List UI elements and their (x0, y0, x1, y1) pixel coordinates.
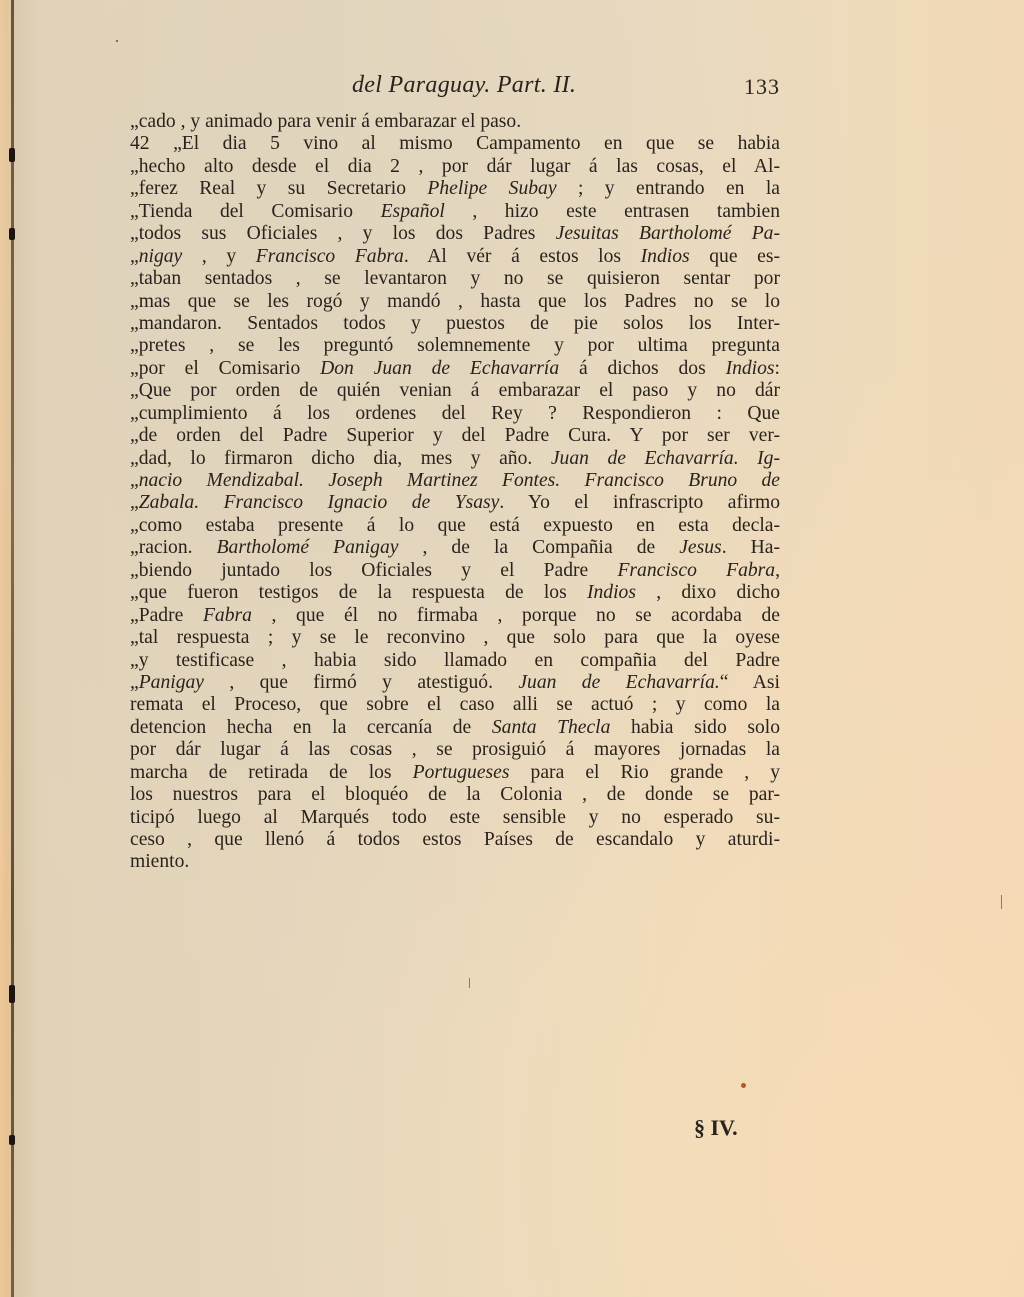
text-run: „Tienda del Comisario (130, 201, 381, 222)
text-run: „Padre (130, 605, 203, 626)
text-line: detencion hecha en la cercanía de Santa … (130, 717, 780, 739)
spine-mark (9, 148, 15, 162)
text-run: „taban sentados , se levantaron y no se … (130, 268, 780, 289)
text-line: „biendo juntado los Oficiales y el Padre… (130, 560, 780, 582)
text-run: „tal respuesta ; y se le reconvino , que… (130, 627, 780, 648)
text-line: „Panigay , que firmó y atestiguó. Juan d… (130, 672, 780, 694)
italic-text-run: Indios (726, 358, 775, 379)
text-line: „mas que se les rogó y mandó , hasta que… (130, 291, 780, 313)
text-line: „mandaron. Sentados todos y puestos de p… (130, 313, 780, 335)
paper-speck (469, 978, 470, 988)
text-line: „Padre Fabra , que él no firmaba , porqu… (130, 605, 780, 627)
text-line: por dár lugar á las cosas , se prosiguió… (130, 739, 780, 761)
text-line: ceso , que llenó á todos estos Países de… (130, 829, 780, 851)
italic-text-run: Panigay (139, 672, 204, 693)
text-run: ; y entrando en la (557, 178, 780, 199)
text-run: habia sido solo (610, 717, 780, 738)
text-run: „racion. (130, 537, 217, 558)
text-line: „dad, lo firmaron dicho dia, mes y año. … (130, 448, 780, 470)
text-run: 42 „El dia 5 vino al mismo Campamento en… (130, 133, 780, 154)
text-run: , dixo dicho (636, 582, 780, 603)
page-header: del Paraguay. Part. II. 133 (340, 72, 780, 104)
italic-text-run: nigay (139, 246, 183, 267)
text-line: marcha de retirada de los Portugueses pa… (130, 762, 780, 784)
text-run: , que firmó y atestiguó. (204, 672, 518, 693)
italic-text-run: Bartholomé Panigay (217, 537, 399, 558)
spine-mark (9, 1135, 15, 1145)
text-run: „mas que se les rogó y mandó , hasta que… (130, 291, 780, 312)
text-run: marcha de retirada de los (130, 762, 413, 783)
text-run: los nuestros para el bloquéo de la Colon… (130, 784, 780, 805)
text-run: „biendo juntado los Oficiales y el Padre (130, 560, 617, 581)
italic-text-run: Indios (641, 246, 690, 267)
text-run: . Al vér á estos los (404, 246, 641, 267)
text-line: „hecho alto desde el dia 2 , por dár lug… (130, 156, 780, 178)
text-run: „cumplimiento á los ordenes del Rey ? Re… (130, 403, 780, 424)
italic-text-run: Español (381, 201, 445, 222)
text-run: ceso , que llenó á todos estos Países de… (130, 829, 780, 850)
italic-text-run: Juan de Echavarría. Ig- (551, 448, 780, 469)
italic-text-run: Indios (587, 582, 636, 603)
text-line: miento. (130, 851, 780, 873)
text-run: „ (130, 470, 139, 491)
italic-text-run: Santa Thecla (492, 717, 611, 738)
text-run: „ (130, 492, 139, 513)
text-line: „Zabala. Francisco Ignacio de Ysasy. Yo … (130, 492, 780, 514)
text-run: detencion hecha en la cercanía de (130, 717, 492, 738)
text-line: „nacio Mendizabal. Joseph Martinez Fonte… (130, 470, 780, 492)
italic-text-run: Jesus (679, 537, 721, 558)
text-run: „y testificase , habia sido llamado en c… (130, 650, 780, 671)
text-line: „como estaba presente á lo que está expu… (130, 515, 780, 537)
paper-speck (741, 1083, 746, 1088)
italic-text-run: Fabra (203, 605, 252, 626)
text-line: „y testificase , habia sido llamado en c… (130, 650, 780, 672)
italic-text-run: Phelipe Subay (427, 178, 556, 199)
italic-text-run: Don Juan de Echavarría (320, 358, 559, 379)
paper-speck (116, 40, 118, 42)
text-run: . Ha- (722, 537, 780, 558)
text-run: „ (130, 246, 139, 267)
running-title: del Paraguay. Part. II. (352, 72, 576, 99)
text-run: „todos sus Oficiales , y los dos Padres (130, 223, 556, 244)
text-run: por dár lugar á las cosas , se prosiguió… (130, 739, 780, 760)
italic-text-run: Portugueses (413, 762, 510, 783)
text-run: ticipó luego al Marqués todo este sensib… (130, 807, 780, 828)
text-run: miento. (130, 851, 189, 872)
italic-text-run: Juan de Echavarría. (518, 672, 719, 693)
text-run: „pretes , se les preguntó solemnemente y… (130, 335, 780, 356)
text-line: „cumplimiento á los ordenes del Rey ? Re… (130, 403, 780, 425)
text-line: „Tienda del Comisario Español , hizo est… (130, 201, 780, 223)
body-text: „cado , y animado para venir á embarazar… (130, 111, 780, 874)
page-number: 133 (744, 74, 780, 100)
text-line: 42 „El dia 5 vino al mismo Campamento en… (130, 133, 780, 155)
text-run: „mandaron. Sentados todos y puestos de p… (130, 313, 780, 334)
text-line: „de orden del Padre Superior y del Padre… (130, 425, 780, 447)
text-run: remata el Proceso, que sobre el caso all… (130, 694, 780, 715)
text-run: , y (182, 246, 256, 267)
text-line: „tal respuesta ; y se le reconvino , que… (130, 627, 780, 649)
text-line: „por el Comisario Don Juan de Echavarría… (130, 358, 780, 380)
italic-text-run: Jesuitas Bartholomé Pa- (556, 223, 780, 244)
text-run: „como estaba presente á lo que está expu… (130, 515, 780, 536)
italic-text-run: Francisco Fabra (617, 560, 775, 581)
italic-text-run: Francisco Fabra (256, 246, 404, 267)
text-line: „racion. Bartholomé Panigay , de la Comp… (130, 537, 780, 559)
italic-text-run: Zabala. Francisco Ignacio de Ysasy (139, 492, 500, 513)
text-run: „cado , y animado para venir á embarazar… (130, 111, 521, 132)
text-run: “ Asi (720, 672, 780, 693)
section-heading: § IV. (694, 1115, 738, 1141)
text-run: , que él no firmaba , porque no se acord… (252, 605, 780, 626)
text-run: á dichos dos (559, 358, 725, 379)
text-line: „taban sentados , se levantaron y no se … (130, 268, 780, 290)
text-run: para el Rio grande , y (510, 762, 781, 783)
text-line: los nuestros para el bloquéo de la Colon… (130, 784, 780, 806)
spine-mark (9, 228, 15, 240)
text-line: „nigay , y Francisco Fabra. Al vér á est… (130, 246, 780, 268)
text-line: „cado , y animado para venir á embarazar… (130, 111, 780, 133)
text-run: „que fueron testigos de la respuesta de … (130, 582, 587, 603)
text-line: remata el Proceso, que sobre el caso all… (130, 694, 780, 716)
text-run: , (775, 560, 780, 581)
text-run: „ (130, 672, 139, 693)
text-line: „Que por orden de quién venian á embaraz… (130, 380, 780, 402)
text-run: „de orden del Padre Superior y del Padre… (130, 425, 780, 446)
paper-speck (1001, 895, 1002, 909)
text-line: „que fueron testigos de la respuesta de … (130, 582, 780, 604)
text-line: „ferez Real y su Secretario Phelipe Suba… (130, 178, 780, 200)
text-run: „ferez Real y su Secretario (130, 178, 427, 199)
text-run: „dad, lo firmaron dicho dia, mes y año. (130, 448, 551, 469)
text-line: „pretes , se les preguntó solemnemente y… (130, 335, 780, 357)
text-run: „Que por orden de quién venian á embaraz… (130, 380, 780, 401)
spine-mark (9, 985, 15, 1003)
text-run: : (775, 358, 780, 379)
text-line: ticipó luego al Marqués todo este sensib… (130, 807, 780, 829)
text-run: „hecho alto desde el dia 2 , por dár lug… (130, 156, 780, 177)
text-run: que es- (690, 246, 780, 267)
text-line: „todos sus Oficiales , y los dos Padres … (130, 223, 780, 245)
text-run: „por el Comisario (130, 358, 320, 379)
text-run: , de la Compañia de (398, 537, 679, 558)
text-run: . Yo el infrascripto afirmo (499, 492, 780, 513)
italic-text-run: nacio Mendizabal. Joseph Martinez Fontes… (139, 470, 780, 491)
book-spine-edge (11, 0, 14, 1297)
text-run: , hizo este entrasen tambien (445, 201, 780, 222)
